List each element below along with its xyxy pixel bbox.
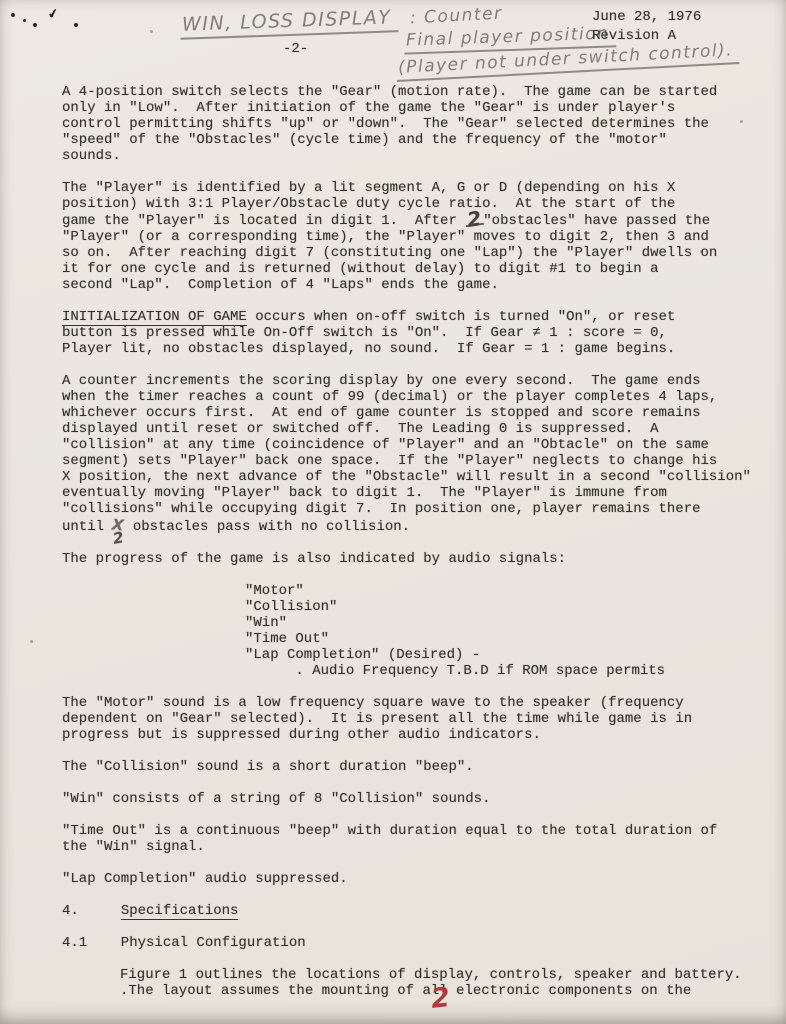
document-date: June 28, 1976	[592, 9, 701, 25]
audio-signal-list: "Motor" "Collision" "Win" "Time Out" "La…	[245, 583, 778, 679]
paragraph-audio-intro: The progress of the game is also indicat…	[62, 551, 778, 567]
paragraph-gear-switch: A 4-position switch selects the "Gear" (…	[62, 84, 778, 164]
paragraph-collision-sound: The "Collision" sound is a short duratio…	[62, 759, 778, 775]
ink-speck	[33, 23, 37, 27]
handwritten-note-counter: : Counter	[410, 4, 503, 29]
paragraph-counter-text-a: A counter increments the scoring display…	[62, 373, 751, 535]
paragraph-counter-scoring: A counter increments the scoring display…	[62, 373, 778, 535]
ink-speck	[23, 19, 26, 22]
audio-signal-list-text: "Motor" "Collision" "Win" "Time Out" "La…	[245, 583, 665, 679]
paragraph-win-sound-text: "Win" consists of a string of 8 "Collisi…	[62, 791, 490, 807]
ink-checkmark: ✔	[46, 6, 60, 23]
crossed-out-character: X2	[112, 517, 124, 535]
paragraph-win-sound: "Win" consists of a string of 8 "Collisi…	[62, 791, 778, 807]
paragraph-lap-completion-audio: "Lap Completion" audio suppressed.	[62, 871, 778, 887]
handwritten-note-win-loss-display: WIN, LOSS DISPLAY	[180, 6, 398, 40]
specifications-number: 4.	[62, 903, 121, 919]
paragraph-player-movement: The "Player" is identified by a lit segm…	[62, 180, 778, 293]
document-date-revision: June 28, 1976 Revision A	[592, 8, 701, 46]
specifications-title: Specifications	[121, 903, 239, 920]
document-body: A 4-position switch selects the "Gear" (…	[62, 84, 778, 1015]
paragraph-initialization: INITIALIZATION OF GAME occurs when on-of…	[62, 309, 778, 357]
ink-speck	[150, 30, 153, 33]
paragraph-audio-intro-text: The progress of the game is also indicat…	[62, 551, 566, 567]
scanned-document-page: ✔ WIN, LOSS DISPLAY : Counter Final play…	[0, 0, 786, 1024]
initialization-heading: INITIALIZATION OF GAME	[62, 309, 247, 326]
physical-configuration-text: 4.1 Physical Configuration	[62, 935, 306, 951]
page-number: -2-	[283, 41, 308, 57]
document-revision: Revision A	[592, 28, 676, 44]
ink-speck	[74, 23, 78, 27]
paragraph-collision-sound-text: The "Collision" sound is a short duratio…	[62, 759, 474, 775]
heading-specifications: 4. Specifications	[62, 903, 778, 919]
handwritten-red-page-2: 2	[429, 982, 451, 1015]
paragraph-motor-sound-text: The "Motor" sound is a low frequency squ…	[62, 695, 692, 743]
paragraph-timeout-sound: "Time Out" is a continuous "beep" with d…	[62, 823, 778, 855]
paragraph-motor-sound: The "Motor" sound is a low frequency squ…	[62, 695, 778, 743]
paragraph-timeout-sound-text: "Time Out" is a continuous "beep" with d…	[62, 823, 717, 855]
heading-physical-configuration: 4.1 Physical Configuration	[62, 935, 778, 951]
ink-speck	[11, 13, 15, 17]
paragraph-lap-completion-text: "Lap Completion" audio suppressed.	[62, 871, 348, 887]
ink-speck	[30, 640, 33, 643]
paragraph-gear-switch-text: A 4-position switch selects the "Gear" (…	[62, 84, 717, 164]
handwritten-inserted-2: 2	[465, 213, 484, 227]
paragraph-counter-text-b: obstacles pass with no collision.	[124, 519, 410, 535]
